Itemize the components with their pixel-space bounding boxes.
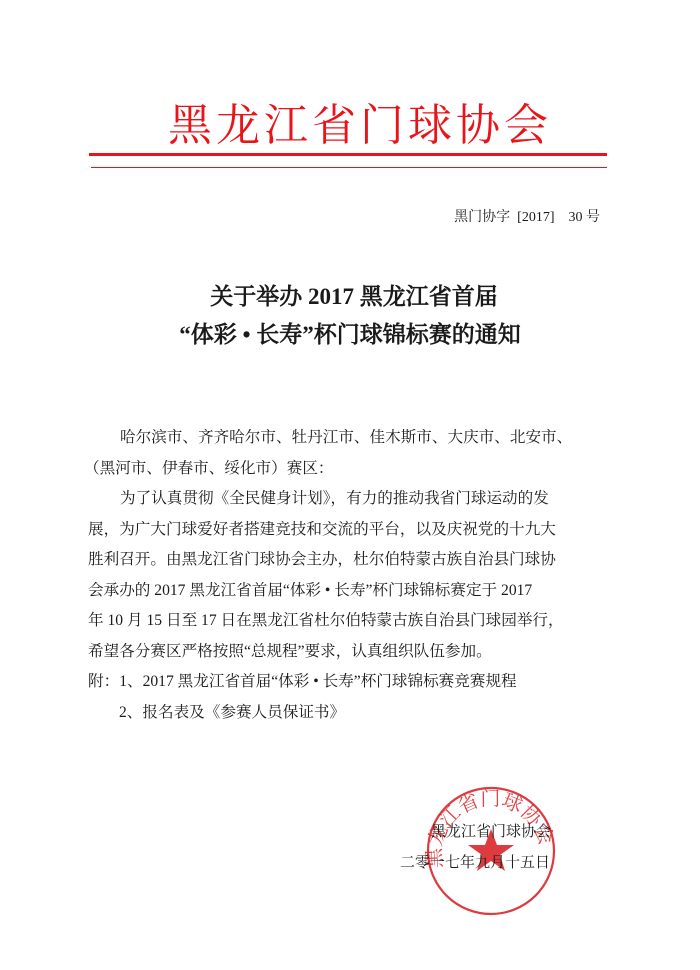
notice-title-line1: 关于举办 2017 黑龙江省首届: [0, 278, 700, 311]
notice-body: 哈尔滨市、齐齐哈尔市、牡丹江市、佳木斯市、大庆市、北安市、 （黑河市、伊春市、绥…: [88, 423, 613, 728]
recipients-line: 哈尔滨市、齐齐哈尔市、牡丹江市、佳木斯市、大庆市、北安市、: [88, 423, 613, 454]
attachment-item: 2、报名表及《参赛人员保证书》: [88, 698, 613, 729]
letterhead-rule-thin: [91, 167, 607, 168]
signature-organization: 黑龙江省门球协会: [431, 820, 551, 841]
body-line: 希望各分赛区严格按照“总规程”要求，认真组织队伍参加。: [88, 637, 613, 668]
body-line: 为了认真贯彻《全民健身计划》，有力的推动我省门球运动的发: [88, 484, 613, 515]
body-line: 会承办的 2017 黑龙江省首届“体彩 • 长寿”杯门球锦标赛定于 2017: [88, 576, 613, 607]
notice-title-line2: “体彩 • 长寿”杯门球锦标赛的通知: [0, 316, 700, 349]
attachment-item: 附：1、2017 黑龙江省首届“体彩 • 长寿”杯门球锦标赛竞赛规程: [88, 667, 613, 698]
body-line: 年 10 月 15 日至 17 日在黑龙江省杜尔伯特蒙古族自治县门球园举行，: [88, 606, 613, 637]
letterhead-rule-thick: [89, 153, 607, 156]
organization-letterhead: 黑龙江省门球协会: [0, 96, 700, 156]
body-line: 胜利召开。由黑龙江省门球协会主办，杜尔伯特蒙古族自治县门球协: [88, 545, 613, 576]
body-line: 展，为广大门球爱好者搭建竞技和交流的平台，以及庆祝党的十九大: [88, 515, 613, 546]
document-number: 黑门协字 [2017] 30 号: [400, 206, 600, 226]
signature-date: 二零一七年九月十五日: [400, 851, 550, 872]
recipients-line: （黑河市、伊春市、绥化市）赛区：: [84, 454, 613, 485]
